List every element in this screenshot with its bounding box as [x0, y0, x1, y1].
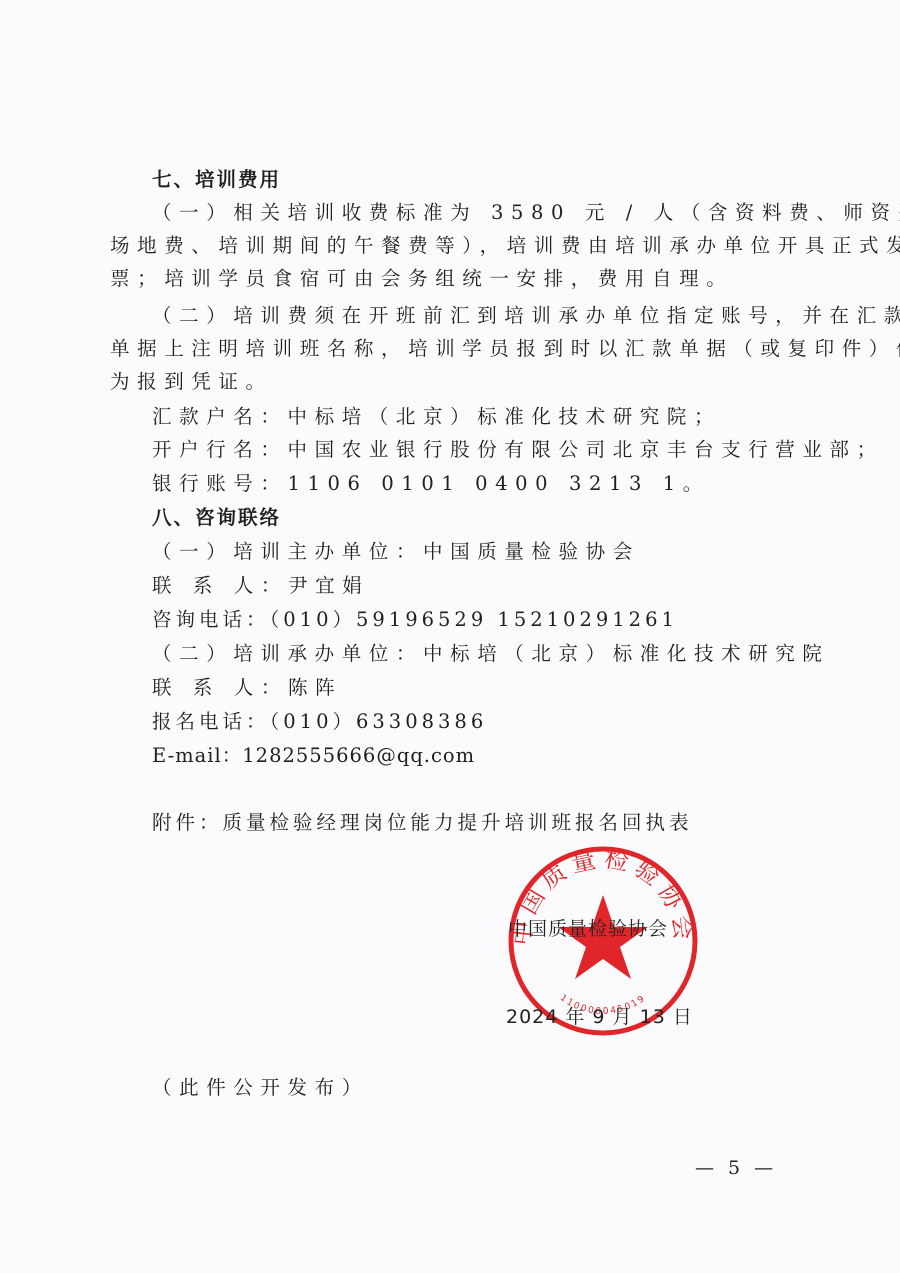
host: （二）培训承办单位：中标培（北京）标准化技术研究院 [152, 637, 812, 670]
fee-para2-line1: （二）培训费须在开班前汇到培训承办单位指定账号，并在汇款 [152, 299, 812, 332]
release-note: （此件公开发布） [152, 1071, 812, 1104]
host-phone: 报名电话：（010）63308386 [152, 705, 812, 738]
account-name: 汇款户名：中标培（北京）标准化技术研究院； [152, 400, 812, 433]
host-email: E-mail：1282555666@qq.com [152, 739, 812, 772]
fee-para1-line1: （一）相关培训收费标准为 3580 元 / 人（含资料费、师资费、 [152, 196, 812, 229]
section-8-heading: 八、咨询联络 [152, 501, 812, 534]
organizer: （一）培训主办单位：中国质量检验协会 [152, 535, 812, 568]
signing-organization: 中国质量检验协会 [508, 914, 668, 941]
document-page: 七、培训费用 （一）相关培训收费标准为 3580 元 / 人（含资料费、师资费、… [0, 0, 900, 1273]
attachment-note: 附件：质量检验经理岗位能力提升培训班报名回执表 [152, 806, 812, 839]
fee-para2-line3: 为报到凭证。 [110, 365, 770, 398]
organizer-contact: 联 系 人：尹宜娟 [152, 569, 812, 602]
host-contact: 联 系 人：陈阵 [152, 671, 812, 704]
page-number: — 5 — [695, 1157, 777, 1179]
fee-para2-line2: 单据上注明培训班名称，培训学员报到时以汇款单据（或复印件）作 [110, 332, 770, 365]
section-7-heading: 七、培训费用 [152, 163, 812, 196]
fee-para1-line2: 场地费、培训期间的午餐费等），培训费由培训承办单位开具正式发 [110, 229, 770, 262]
organizer-phone: 咨询电话：（010）59196529 15210291261 [152, 603, 812, 636]
bank-name: 开户行名：中国农业银行股份有限公司北京丰台支行营业部； [152, 433, 812, 466]
signing-date: 2024 年 9 月 13 日 [506, 1002, 693, 1029]
account-number: 银行账号：1106 0101 0400 3213 1。 [152, 467, 812, 500]
fee-para1-line3: 票；培训学员食宿可由会务组统一安排，费用自理。 [110, 262, 770, 295]
